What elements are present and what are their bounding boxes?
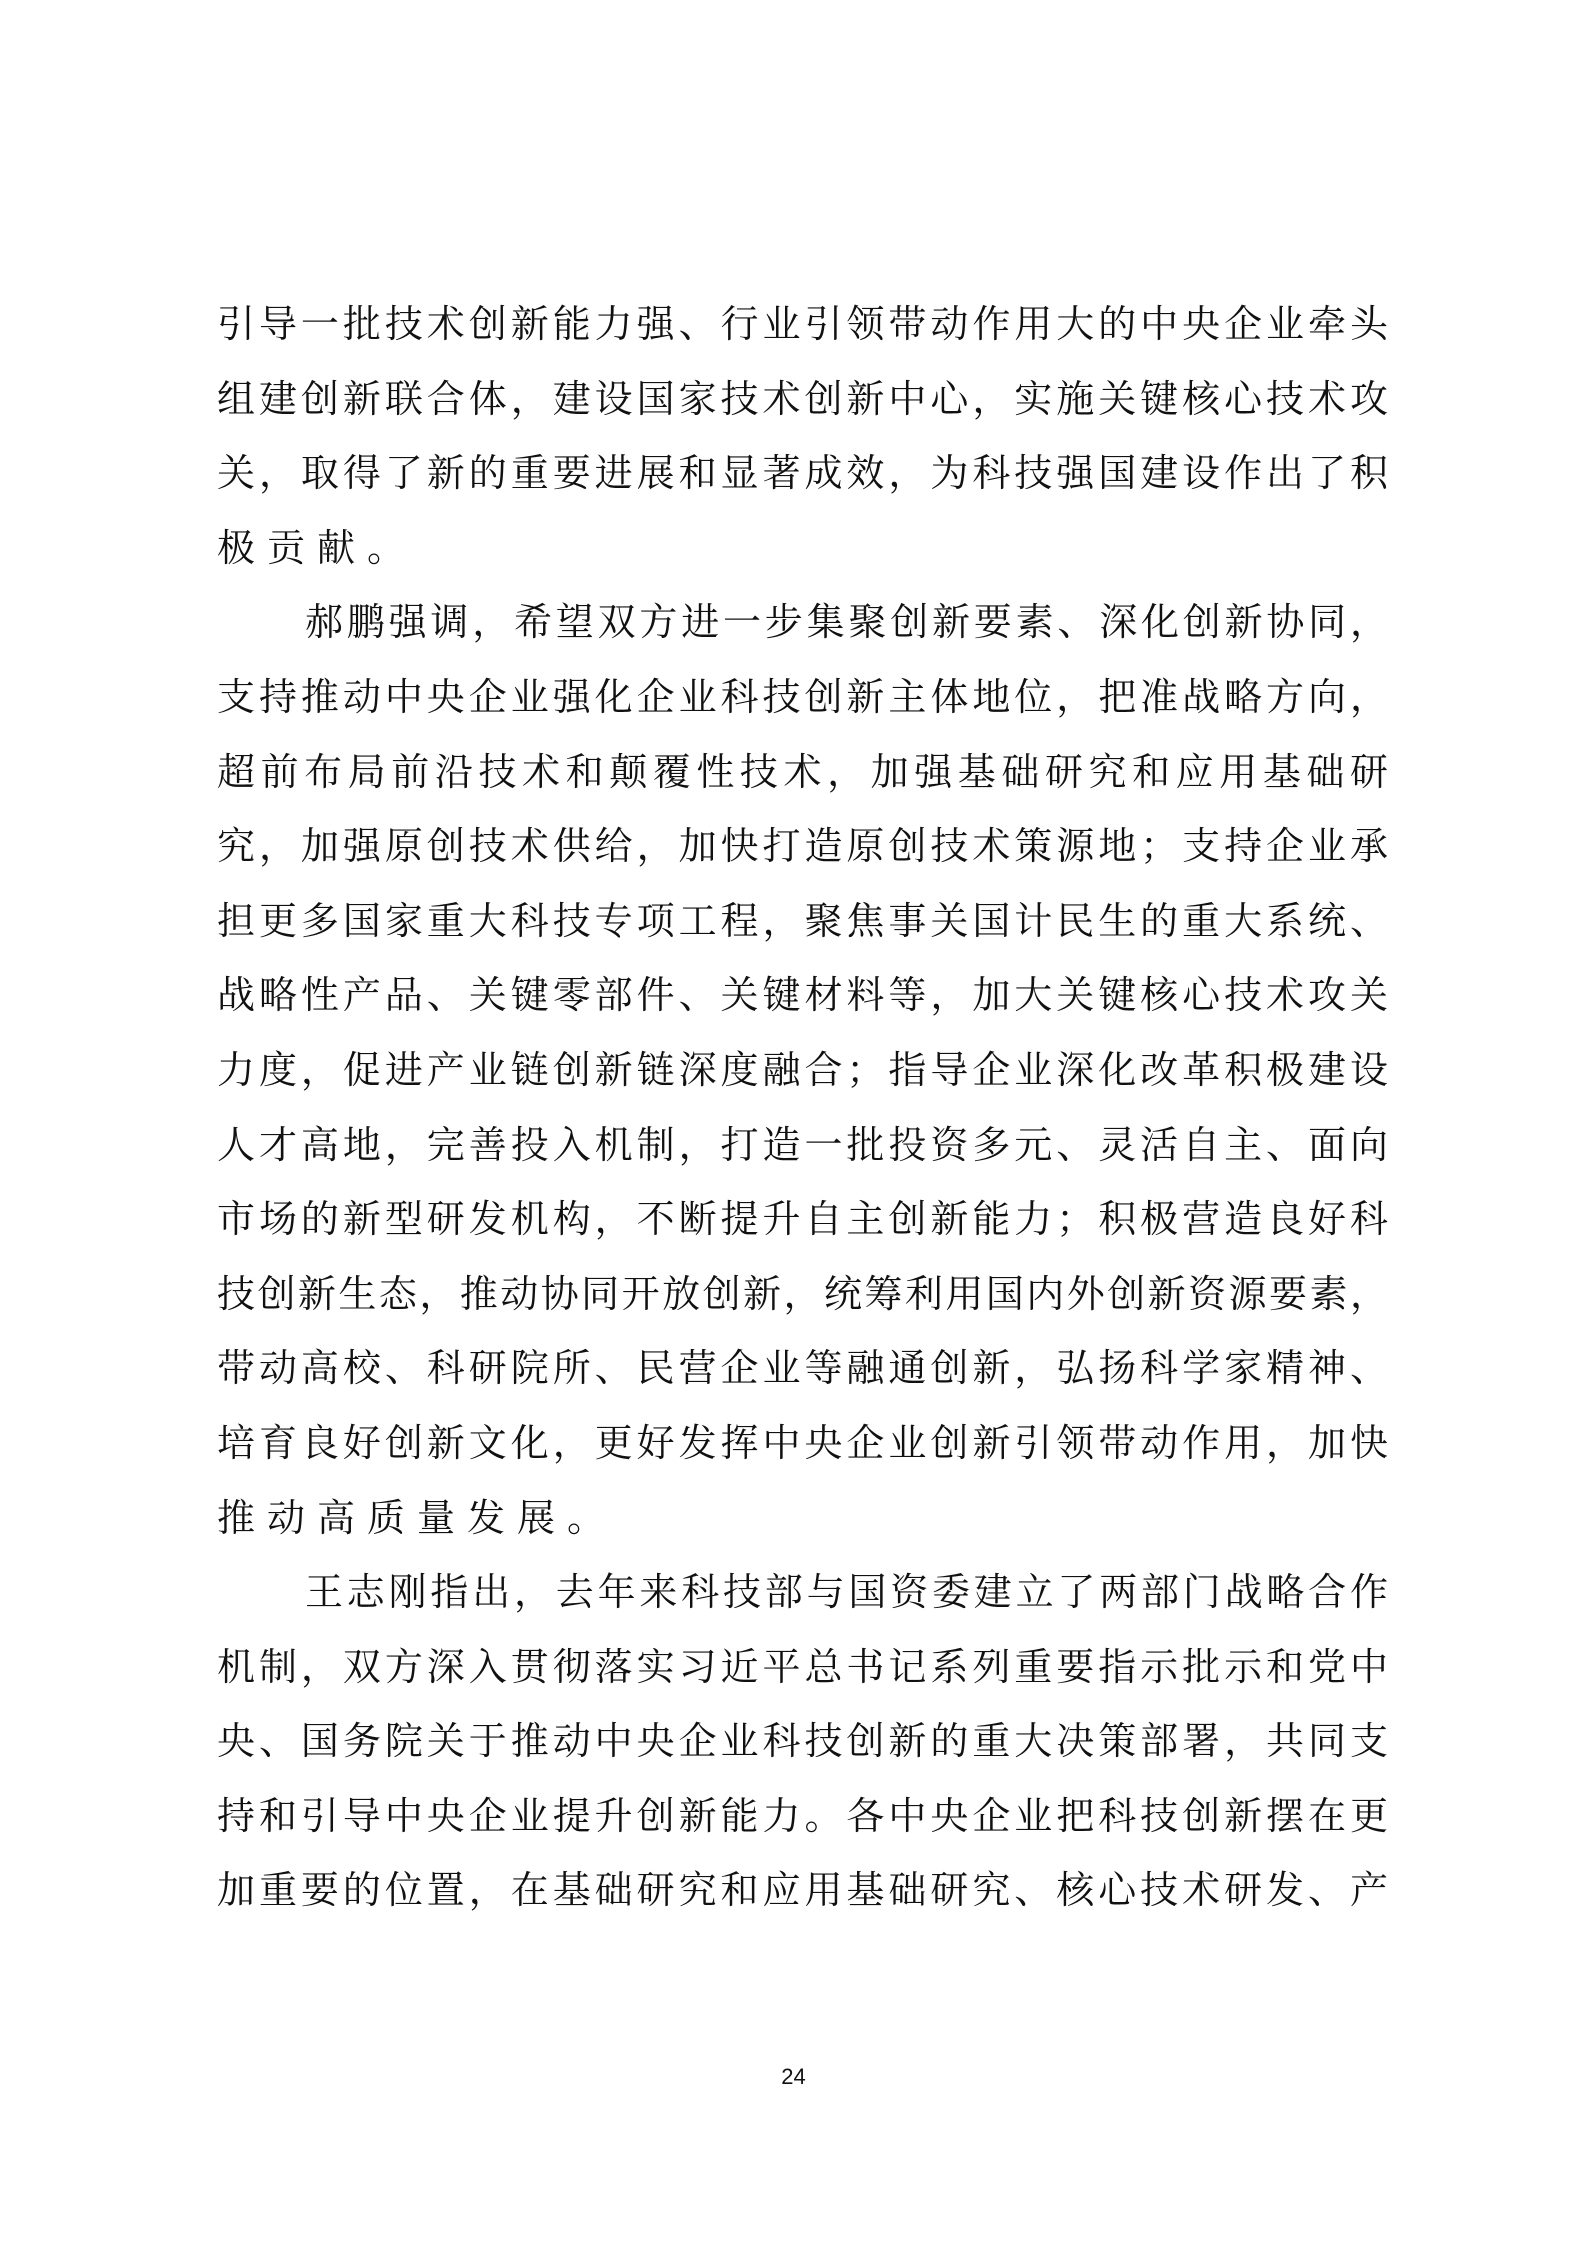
text-line: 培育良好创新文化，更好发挥中央企业创新引领带动作用，加快 xyxy=(217,1406,1388,1481)
page-number: 24 xyxy=(0,2064,1587,2090)
text-line: 市场的新型研发机构，不断提升自主创新能力；积极营造良好科 xyxy=(217,1182,1388,1257)
text-line: 技创新生态，推动协同开放创新，统筹利用国内外创新资源要素， xyxy=(217,1257,1388,1332)
text-line: 引导一批技术创新能力强、行业引领带动作用大的中央企业牵头 xyxy=(217,287,1388,362)
text-line: 组建创新联合体，建设国家技术创新中心，实施关键核心技术攻 xyxy=(217,362,1388,437)
text-line: 力度，促进产业链创新链深度融合；指导企业深化改革积极建设 xyxy=(217,1033,1388,1108)
text-line: 王志刚指出，去年来科技部与国资委建立了两部门战略合作 xyxy=(217,1555,1388,1630)
text-line: 关，取得了新的重要进展和显著成效，为科技强国建设作出了积 xyxy=(217,436,1388,511)
text-line: 推动高质量发展。 xyxy=(217,1481,1388,1556)
text-line: 支持推动中央企业强化企业科技创新主体地位，把准战略方向， xyxy=(217,660,1388,735)
document-page: 引导一批技术创新能力强、行业引领带动作用大的中央企业牵头 组建创新联合体，建设国… xyxy=(0,0,1587,2245)
text-line: 带动高校、科研院所、民营企业等融通创新，弘扬科学家精神、 xyxy=(217,1331,1388,1406)
text-line: 极贡献。 xyxy=(217,511,1388,586)
body-text: 引导一批技术创新能力强、行业引领带动作用大的中央企业牵头 组建创新联合体，建设国… xyxy=(217,287,1388,1928)
text-line: 人才高地，完善投入机制，打造一批投资多元、灵活自主、面向 xyxy=(217,1108,1388,1183)
text-line: 加重要的位置，在基础研究和应用基础研究、核心技术研发、产 xyxy=(217,1853,1388,1928)
text-line: 持和引导中央企业提升创新能力。各中央企业把科技创新摆在更 xyxy=(217,1779,1388,1854)
text-line: 战略性产品、关键零部件、关键材料等，加大关键核心技术攻关 xyxy=(217,958,1388,1033)
text-line: 究，加强原创技术供给，加快打造原创技术策源地；支持企业承 xyxy=(217,809,1388,884)
text-line: 超前布局前沿技术和颠覆性技术，加强基础研究和应用基础研 xyxy=(217,735,1388,810)
text-line: 机制，双方深入贯彻落实习近平总书记系列重要指示批示和党中 xyxy=(217,1630,1388,1705)
text-line: 央、国务院关于推动中央企业科技创新的重大决策部署，共同支 xyxy=(217,1704,1388,1779)
text-line: 郝鹏强调，希望双方进一步集聚创新要素、深化创新协同， xyxy=(217,585,1388,660)
text-line: 担更多国家重大科技专项工程，聚焦事关国计民生的重大系统、 xyxy=(217,884,1388,959)
